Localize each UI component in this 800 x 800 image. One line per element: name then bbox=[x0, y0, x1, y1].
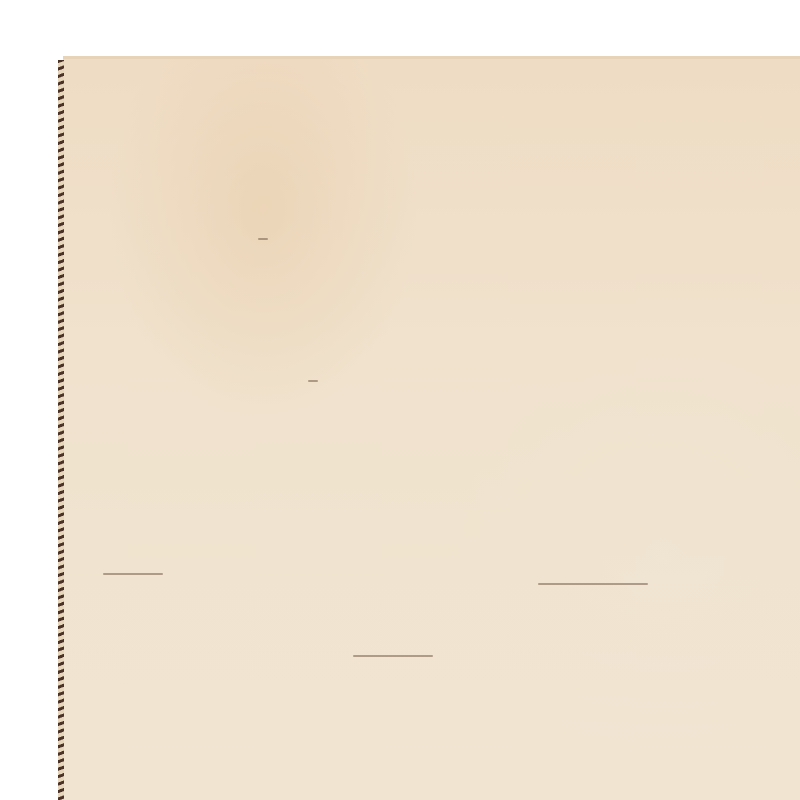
pile-streak bbox=[308, 380, 318, 382]
rug-pile bbox=[63, 58, 800, 800]
rug-top-edge bbox=[63, 56, 800, 59]
pile-streak bbox=[258, 238, 268, 240]
pile-streak bbox=[538, 583, 648, 585]
pile-streak bbox=[103, 573, 163, 575]
rug-selvedge-edge bbox=[58, 60, 64, 800]
pile-streak bbox=[353, 655, 433, 657]
